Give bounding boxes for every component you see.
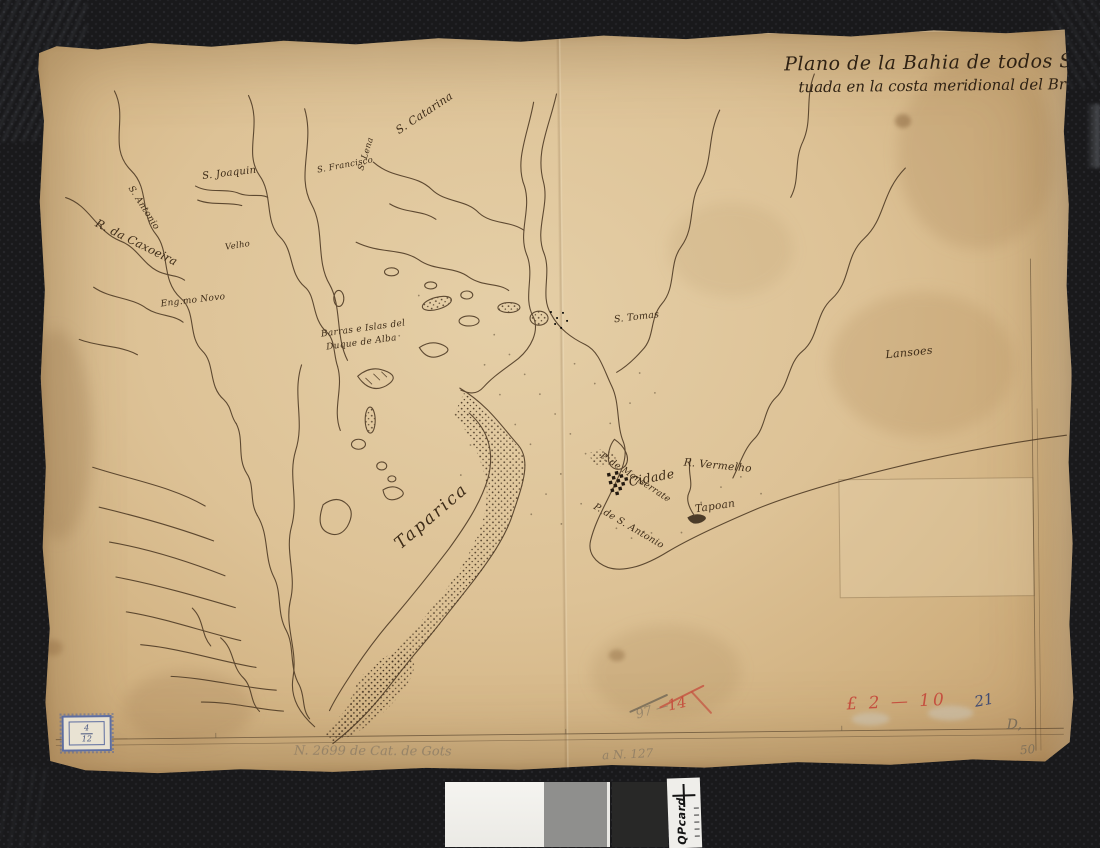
stamp-denominator: 12 <box>82 734 92 743</box>
map-linework <box>36 28 1076 776</box>
pencil-catalog-note: N. 2699 de Cat. de Gots <box>294 744 452 760</box>
calibration-brand-label: QPcard <box>674 797 689 845</box>
pencil-monogram: D, <box>1007 717 1022 733</box>
background-scuff-right-edge <box>1086 104 1100 168</box>
tapoan-islet <box>687 514 706 524</box>
ink-number-21: 21 <box>973 690 995 711</box>
calibration-patch-divider <box>607 782 610 847</box>
pencil-number-note: a N. 127 <box>602 746 654 762</box>
calibration-card: QPcard <box>667 777 702 848</box>
map-title: Plano de la Bahia de todos Santos si- tu… <box>784 49 1100 96</box>
pencil-corner-number: 50 <box>1019 742 1036 757</box>
estuary-north <box>332 160 525 306</box>
neatline-and-ghost-rectangle <box>50 258 1064 761</box>
rivers-east <box>613 73 909 516</box>
stippled-shoals <box>319 311 573 743</box>
background-scuff-bottom-left <box>0 768 46 848</box>
stamp-numerator: 4 <box>81 724 92 734</box>
collection-stamp: 4 12 <box>62 715 112 752</box>
calibration-tick-marks <box>694 807 700 836</box>
calibration-patch-grey <box>544 782 607 847</box>
map-title-line2: tuada en la costa meridional del Brasil <box>798 74 1100 96</box>
collection-stamp-fraction: 4 12 <box>69 721 105 745</box>
photo-background: Plano de la Bahia de todos Santos si- tu… <box>0 0 1100 848</box>
map-title-line1: Plano de la Bahia de todos Santos si- <box>784 49 1100 75</box>
calibration-patch-black <box>612 782 668 847</box>
map-sheet: Plano de la Bahia de todos Santos si- tu… <box>36 28 1076 776</box>
calibration-patch-white <box>445 782 544 847</box>
